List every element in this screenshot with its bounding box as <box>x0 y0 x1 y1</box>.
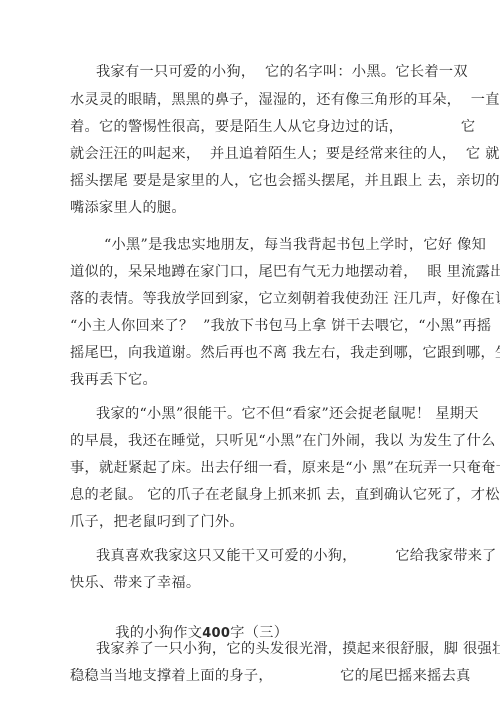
text-line: 水灵灵的眼睛，黑黑的鼻子，湿湿的，还有像三角形的耳朵， 一直竖 <box>70 91 500 109</box>
text-line: 的早晨，我还在睡觉，只听见“小黑”在门外闹，我以 为发生了什么 <box>70 432 496 450</box>
text-line: “小黑”是我忠实地朋友，每当我背起书包上学时，它好 像知 <box>104 236 486 254</box>
text-line: 摇头摆尾 要是是家里的人，它也会摇头摆尾，并且跟上 去，亲切的用 <box>70 172 500 190</box>
document-page: 我家有一只可爱的小狗， 它的名字叫：小黑。它长着一双 水灵灵的眼睛，黑黑的鼻子，… <box>0 0 500 708</box>
text-line: 着。它的警惕性很高，要是陌生人从它身边过的话， 它 <box>70 118 475 136</box>
text-line: 我真喜欢我家这只又能干又可爱的小狗， 它给我家带来了 <box>96 547 497 565</box>
text-line: 事，就赶紧起了床。出去仔细一看，原来是“小 黑”在玩弄一只奄奄一 <box>70 459 500 477</box>
heading-text: 我的小狗作文 <box>115 625 202 641</box>
text-line: 落的表情。等我放学回到家，它立刻朝着我使劲汪 汪几声，好像在说： <box>70 290 500 308</box>
text-line: 息的老鼠。 它的爪子在老鼠身上抓来抓 去，直到确认它死了，才松开 <box>70 486 500 504</box>
text-line: 爪子，把老鼠叼到了门外。 <box>70 513 244 531</box>
text-line: 稳稳当当地支撑着上面的身子， 它的尾巴摇来摇去真 <box>70 667 471 685</box>
text-line: 我再丢下它。 <box>70 371 157 389</box>
text-line: “小主人你回来了？ ”我放下书包马上拿 饼干去喂它，“小黑”再摇 <box>70 317 491 335</box>
text-line: 快乐、带来了幸福。 <box>70 574 200 592</box>
heading-text: 字（三） <box>230 625 288 641</box>
text-line: 摇尾巴，向我道谢。然后再也不离 我左右，我走到哪，它跟到哪，生怕 <box>70 344 500 362</box>
text-line: 我家有一只可爱的小狗， 它的名字叫：小黑。它长着一双 <box>96 63 468 81</box>
heading-number: 400 <box>202 626 230 641</box>
text-line: 嘴添家里人的腿。 <box>70 199 186 217</box>
text-line: 我家的“小黑”很能干。它不但“看家”还会捉老鼠呢！ 星期天 <box>96 405 479 423</box>
text-line: 我家养了一只小狗，它的头发很光滑，摸起来很舒服，脚 很强壮， <box>96 640 500 658</box>
text-line: 道似的，呆呆地蹲在家门口，尾巴有气无力地摆动着， 眼 里流露出失 <box>70 263 500 281</box>
text-line: 就会汪汪的叫起来， 并且追着陌生人；要是经常来往的人， 它 就会 <box>70 145 500 163</box>
